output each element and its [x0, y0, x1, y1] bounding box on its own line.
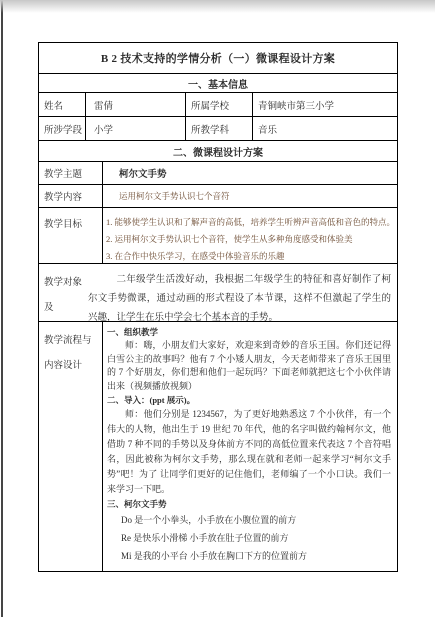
table-title-row: B 2 技术支持的学情分析（一）微课程设计方案: [39, 43, 397, 74]
basic-info-row-name: 姓名 雷倩 所属学校 青铜峡市第三小学: [39, 93, 397, 117]
teaching-content-row: 教学内容 运用柯尔文手势认识七个音符: [39, 185, 397, 208]
teaching-theme-row: 教学主题 柯尔文手势: [39, 162, 397, 185]
section-design-header: 二、微课程设计方案: [39, 141, 397, 162]
subject-label-cell: 所教学科: [186, 117, 253, 140]
teaching-theme-label: 教学主题: [39, 166, 82, 180]
name-value: 雷倩: [86, 98, 113, 112]
process-label-line2: 内容设计: [39, 354, 102, 379]
teaching-process-row: 教学流程与 内容设计 一、组织教学 师：嗨，小朋友们大家好，欢迎来到奇妙的音乐王…: [39, 322, 397, 571]
process-heading-2: 二、导入：(ppt 展示)。: [107, 393, 391, 407]
teaching-content-value-cell: 运用柯尔文手势认识七个音符: [103, 185, 397, 207]
process-paragraph-2: 师：他们分别是 1234567，为了更好地熟悉这 7 个小伙伴，有一个伟大的人物…: [107, 407, 391, 497]
process-paragraph-1: 师：嗨，小朋友们大家好，欢迎来到奇妙的音乐王国。你们还记得白雪公主的故事吗？他有…: [107, 339, 391, 393]
subject-value-cell: 音乐: [253, 117, 397, 140]
section-basic-info-title: 一、基本信息: [188, 76, 248, 91]
school-label-cell: 所属学校: [186, 93, 253, 116]
teaching-content-label: 教学内容: [39, 189, 82, 203]
stage-value-cell: 小学: [86, 117, 186, 140]
teaching-theme-value: 柯尔文手势: [103, 166, 167, 180]
process-line-do: Do 是一个小拳头，小手放在小腹位置的前方: [107, 511, 391, 529]
stage-label-cell: 所涉学段: [39, 117, 86, 140]
window-left-edge: [1, 0, 3, 617]
teaching-goals-row: 教学目标 1. 能够使学生认识和了解声音的高低，培养学生听辨声音高低和音色的特点…: [39, 208, 397, 264]
process-content-body: 一、组织教学 师：嗨，小朋友们大家好，欢迎来到奇妙的音乐王国。你们还记得白雪公主…: [103, 322, 397, 571]
process-label-cell: 教学流程与 内容设计: [39, 322, 103, 571]
audience-analysis-text: 二年级学生活泼好动，我根据二年级学生的特征和喜好制作了柯尔文手势微课，通过动画的…: [88, 264, 397, 321]
teaching-goals-label-cell: 教学目标: [39, 208, 103, 263]
teaching-theme-label-cell: 教学主题: [39, 162, 103, 184]
teaching-goals-body: 1. 能够使学生认识和了解声音的高低，培养学生听辨声音高低和音色的特点。 2. …: [103, 208, 397, 263]
process-line-mi: Mi 是我的小平台 小手放在胸口下方的位置前方: [107, 547, 391, 565]
process-line-re: Re 是快乐小滑梯 小手放在肚子位置的前方: [107, 529, 391, 547]
goal-item-1: 1. 能够使学生认识和了解声音的高低，培养学生听辨声音高低和音色的特点。: [106, 214, 392, 231]
audience-analysis-row: 教学对象及 学情分析 二年级学生活泼好动，我根据二年级学生的特征和喜好制作了柯尔…: [39, 264, 397, 322]
basic-info-row-stage: 所涉学段 小学 所教学科 音乐: [39, 117, 397, 141]
process-label-line1: 教学流程与: [39, 329, 102, 354]
process-heading-3: 三、柯尔文手势: [107, 497, 391, 511]
name-label-cell: 姓名: [39, 93, 86, 116]
stage-value: 小学: [86, 122, 113, 136]
goal-item-2: 2. 运用柯尔文手势认识七个音符，使学生从多种角度感受和体验美: [106, 231, 392, 248]
teaching-goals-label: 教学目标: [39, 216, 82, 230]
name-value-cell: 雷倩: [86, 93, 186, 116]
audience-label-cell: 教学对象及 学情分析: [39, 264, 88, 321]
teaching-theme-value-cell: 柯尔文手势: [103, 162, 397, 184]
window-top-shadow: [0, 0, 435, 13]
name-label: 姓名: [39, 98, 63, 112]
teaching-content-value: 运用柯尔文手势认识七个音符: [103, 190, 230, 202]
school-label: 所属学校: [186, 98, 229, 112]
school-value: 青铜峡市第三小学: [253, 98, 334, 112]
goal-item-3: 3. 在合作中快乐学习，在感受中体验音乐的乐趣: [106, 248, 392, 263]
subject-value: 音乐: [253, 122, 277, 136]
school-value-cell: 青铜峡市第三小学: [253, 93, 397, 116]
stage-label: 所涉学段: [39, 122, 82, 136]
audience-label-line1: 教学对象及: [39, 271, 88, 321]
section-design-title: 二、微课程设计方案: [173, 144, 263, 159]
section-basic-info-header: 一、基本信息: [39, 74, 397, 93]
subject-label: 所教学科: [186, 122, 229, 136]
document-title: B 2 技术支持的学情分析（一）微课程设计方案: [101, 50, 335, 66]
lesson-design-table: B 2 技术支持的学情分析（一）微课程设计方案 一、基本信息 姓名 雷倩 所属学…: [38, 42, 398, 572]
process-heading-1: 一、组织教学: [107, 325, 391, 339]
teaching-content-label-cell: 教学内容: [39, 185, 103, 207]
